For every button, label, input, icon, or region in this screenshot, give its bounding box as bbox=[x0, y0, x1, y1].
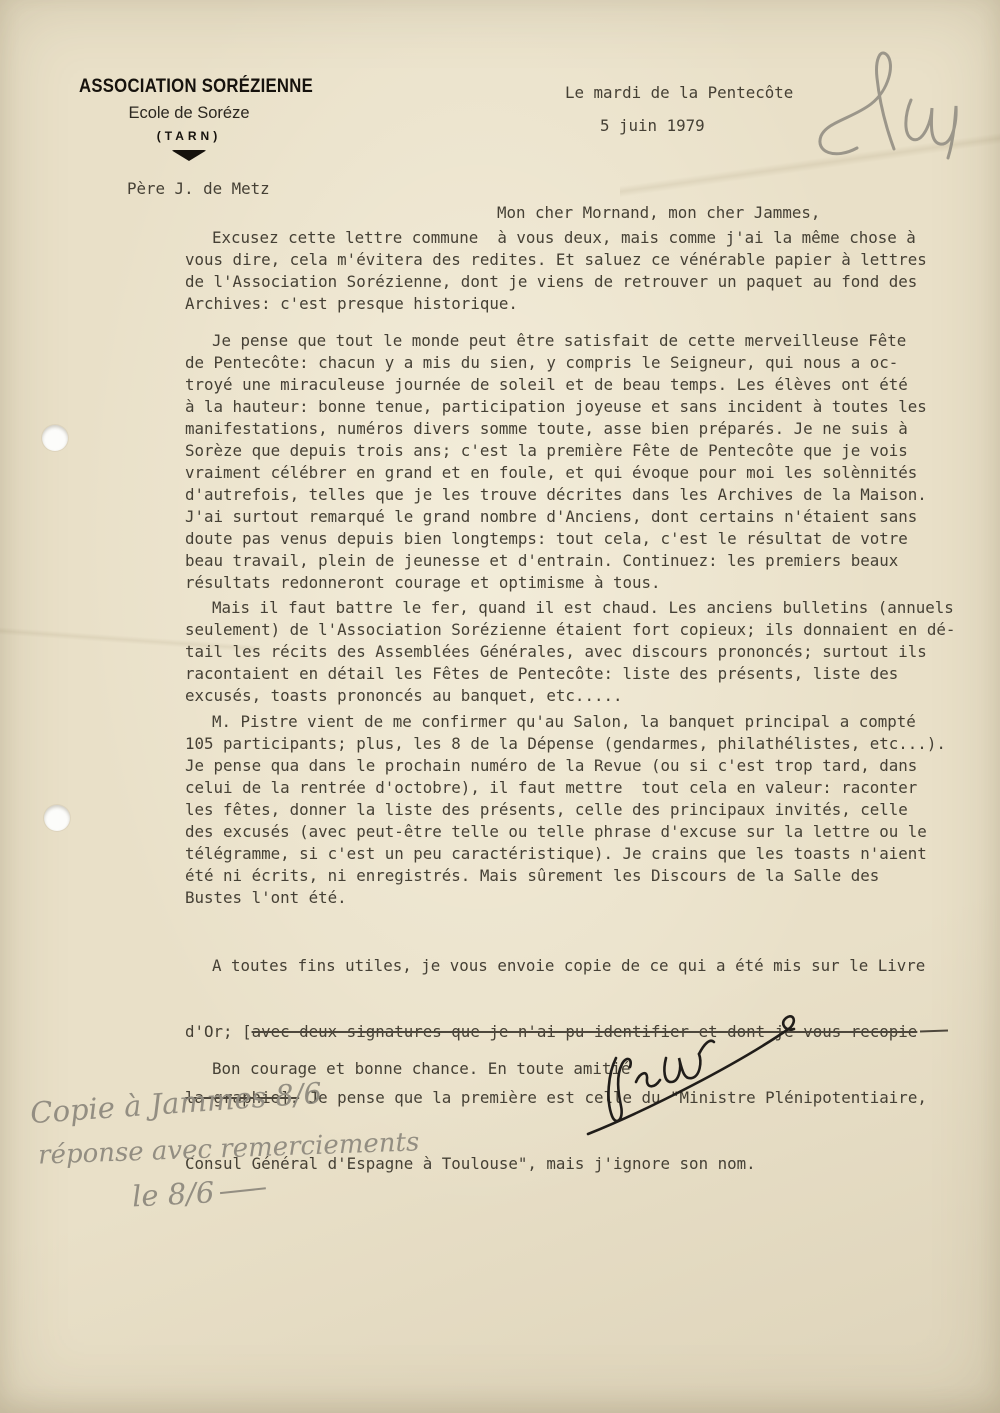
text-line: Je pense qua dans le prochain numéro de … bbox=[185, 755, 946, 777]
text-line: vraiment célébrer en grand et en foule, … bbox=[185, 462, 927, 484]
text-line: seulement) de l'Association Sorézienne é… bbox=[185, 619, 955, 641]
text-line: Bon courage et bonne chance. En toute am… bbox=[185, 1058, 630, 1080]
text-line: Je pense que tout le monde peut être sat… bbox=[185, 330, 927, 352]
text-line: troyé une miraculeuse journée de soleil … bbox=[185, 374, 927, 396]
text-line: J'ai surtout remarqué le grand nombre d'… bbox=[185, 506, 927, 528]
text-line: celui de la rentrée d'octobre), il faut … bbox=[185, 777, 946, 799]
text-line: résultats redonneront courage et optimis… bbox=[185, 572, 927, 594]
date-line-2: 5 juin 1979 bbox=[600, 115, 705, 137]
text-line: 105 participants; plus, les 8 de la Dépe… bbox=[185, 733, 946, 755]
p5-line1: A toutes fins utiles, je vous envoie cop… bbox=[212, 956, 925, 975]
body-paragraph-1: Excusez cette lettre commune à vous deux… bbox=[185, 227, 927, 315]
text-line: des excusés (avec peut-être telle ou tel… bbox=[185, 821, 946, 843]
text-line: racontaient en détail les Fêtes de Pente… bbox=[185, 663, 955, 685]
body-paragraph-2: Je pense que tout le monde peut être sat… bbox=[185, 330, 927, 594]
school-name: Ecole de Soréze bbox=[64, 104, 314, 123]
text-line: M. Pistre vient de me confirmer qu'au Sa… bbox=[185, 711, 946, 733]
text-line: Excusez cette lettre commune à vous deux… bbox=[185, 227, 927, 249]
text-line: télégramme, si c'est un peu caractéristi… bbox=[185, 843, 946, 865]
letterhead: ASSOCIATION SORÉZIENNE Ecole de Soréze (… bbox=[64, 76, 314, 161]
text-line: à la hauteur: bonne tenue, participation… bbox=[185, 396, 927, 418]
text-line: tail les récits des Assemblées Générales… bbox=[185, 641, 955, 663]
organization-name: ASSOCIATION SORÉZIENNE bbox=[79, 76, 299, 98]
recipient-name: Père J. de Metz bbox=[127, 178, 270, 200]
date-line-1: Le mardi de la Pentecôte bbox=[565, 82, 793, 104]
pencil-doodle-icon bbox=[795, 48, 975, 163]
punch-hole bbox=[42, 425, 68, 451]
signature-flourish-icon bbox=[578, 1012, 808, 1142]
strike-extension bbox=[920, 1029, 948, 1032]
text-line: excusés, toasts prononcés au banquet, et… bbox=[185, 685, 955, 707]
salutation: Mon cher Mornand, mon cher Jammes, bbox=[497, 202, 820, 224]
text-line: vous dire, cela m'évitera des redites. E… bbox=[185, 249, 927, 271]
text-line: d'autrefois, telles que je les trouve dé… bbox=[185, 484, 927, 506]
pencil-note-date-text: le 8/6 bbox=[131, 1175, 215, 1213]
body-paragraph-4: M. Pistre vient de me confirmer qu'au Sa… bbox=[185, 711, 946, 909]
text-line: Mais il faut battre le fer, quand il est… bbox=[185, 597, 955, 619]
body-paragraph-3: Mais il faut battre le fer, quand il est… bbox=[185, 597, 955, 707]
text-line: été ni écrits, ni enregistrés. Mais sûre… bbox=[185, 865, 946, 887]
region-name: (TARN) bbox=[64, 129, 314, 143]
scanned-letter-page: ASSOCIATION SORÉZIENNE Ecole de Soréze (… bbox=[0, 0, 1000, 1413]
text-line: doute pas venus depuis bien longtemps: t… bbox=[185, 528, 927, 550]
pencil-note-date: le 8/6 bbox=[131, 1173, 267, 1214]
pencil-doodle-mark bbox=[795, 48, 975, 167]
text-line: de Pentecôte: chacun y a mis du sien, y … bbox=[185, 352, 927, 374]
text-line: manifestations, numéros divers somme tou… bbox=[185, 418, 927, 440]
text-line: beau travail, plein de jeunesse et d'ent… bbox=[185, 550, 927, 572]
text-line: Sorèze que depuis trois ans; c'est la pr… bbox=[185, 440, 927, 462]
text-line: Bustes l'ont été. bbox=[185, 887, 946, 909]
handwritten-signature bbox=[578, 1012, 808, 1146]
text-line: Archives: c'est presque historique. bbox=[185, 293, 927, 315]
triangle-ornament-icon bbox=[171, 150, 207, 161]
text-line: les fêtes, donner la liste des présents,… bbox=[185, 799, 946, 821]
text-line: A toutes fins utiles, je vous envoie cop… bbox=[185, 955, 948, 977]
text-line: de l'Association Sorézienne, dont je vie… bbox=[185, 271, 927, 293]
punch-hole bbox=[44, 805, 70, 831]
pencil-dash bbox=[220, 1187, 266, 1194]
